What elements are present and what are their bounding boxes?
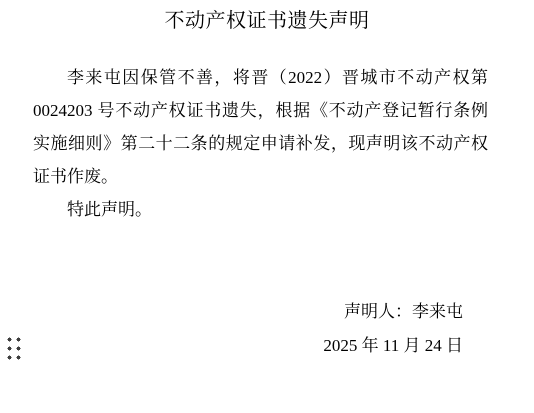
drag-handle-dot — [16, 355, 21, 360]
drag-handle-dot — [16, 337, 21, 342]
signatory-line: 声明人：李来屯 — [323, 295, 463, 329]
drag-handle-dot — [7, 346, 12, 351]
document-page: 不动产权证书遗失声明 李来屯因保管不善，将晋（2022）晋城市不动产权第 002… — [0, 0, 534, 413]
drag-handle-dot — [7, 337, 12, 342]
body-line-4: 证书作废。 — [33, 160, 488, 193]
body-line-3: 实施细则》第二十二条的规定申请补发，现声明该不动产权 — [33, 127, 488, 160]
drag-handle-dot — [7, 355, 12, 360]
body-line-2: 0024203 号不动产权证书遗失，根据《不动产登记暂行条例 — [33, 94, 488, 127]
signature-block: 声明人：李来屯 2025 年 11 月 24 日 — [323, 295, 463, 363]
drag-handle-icon[interactable] — [7, 337, 21, 360]
document-body: 李来屯因保管不善，将晋（2022）晋城市不动产权第 0024203 号不动产权证… — [33, 61, 488, 226]
signature-date: 2025 年 11 月 24 日 — [323, 329, 463, 363]
body-line-1: 李来屯因保管不善，将晋（2022）晋城市不动产权第 — [33, 61, 488, 94]
document-title: 不动产权证书遗失声明 — [0, 4, 534, 33]
closing-line: 特此声明。 — [33, 193, 488, 226]
drag-handle-dot — [16, 346, 21, 351]
